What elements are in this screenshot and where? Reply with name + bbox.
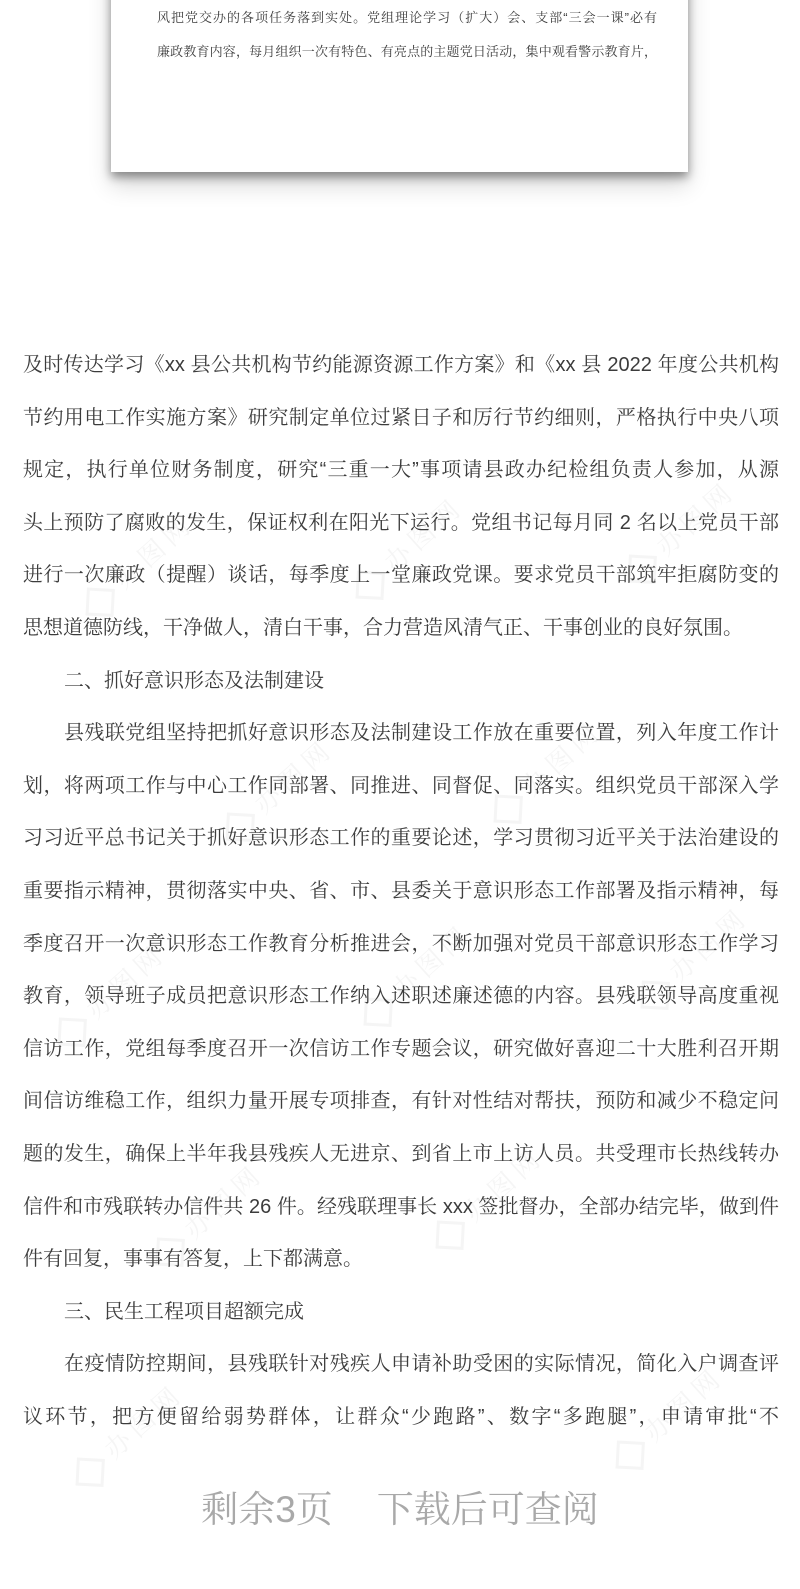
doc-line: 及时传达学习《xx 县公共机构节约能源资源工作方案》和《xx 县 2022 年度… — [23, 339, 779, 392]
previous-page-text: 风把党交办的各项任务落到实处。党组理论学习（扩大）会、支部“三会一课”必有 廉政… — [157, 1, 657, 69]
doc-line: 题的发生，确保上半年我县残疾人无进京、到省上市上访人员。共受理市长热线转办 — [23, 1128, 779, 1181]
download-teaser: 剩余3页 下载后可查阅 — [0, 1486, 800, 1534]
remaining-pages-label: 剩余3页 — [201, 1486, 333, 1534]
doc-line: 思想道德防线，干净做人，清白干事，合力营造风清气正、干事创业的良好氛围。 — [23, 602, 779, 655]
section-heading: 三、民生工程项目超额完成 — [23, 1286, 779, 1339]
doc-line: 信件和市残联转办信件共 26 件。经残联理事长 xxx 签批督办，全部办结完毕，… — [23, 1181, 779, 1234]
doc-line: 重要指示精神，贯彻落实中央、省、市、县委关于意识形态工作部署及指示精神，每 — [23, 865, 779, 918]
document-preview-page: { "card": { "lines": [ "风把党交办的各项任务落到实处。党… — [0, 0, 800, 1589]
previous-page-preview-card: 风把党交办的各项任务落到实处。党组理论学习（扩大）会、支部“三会一课”必有 廉政… — [111, 0, 688, 172]
doc-line: 头上预防了腐败的发生，保证权利在阳光下运行。党组书记每月同 2 名以上党员干部 — [23, 497, 779, 550]
doc-line: 节约用电工作实施方案》研究制定单位过紧日子和厉行节约细则，严格执行中央八项 — [23, 392, 779, 445]
doc-line: 风把党交办的各项任务落到实处。党组理论学习（扩大）会、支部“三会一课”必有 — [157, 1, 657, 35]
doc-line: 件有回复，事事有答复，上下都满意。 — [23, 1233, 779, 1286]
doc-line: 在疫情防控期间，县残联针对残疾人申请补助受困的实际情况，简化入户调查评 — [23, 1338, 779, 1391]
doc-line: 季度召开一次意识形态工作教育分析推进会，不断加强对党员干部意识形态工作学习 — [23, 918, 779, 971]
doc-line: 进行一次廉政（提醒）谈话，每季度上一堂廉政党课。要求党员干部筑牢拒腐防变的 — [23, 549, 779, 602]
doc-line: 廉政教育内容，每月组织一次有特色、有亮点的主题党日活动，集中观看警示教育片， — [157, 35, 657, 69]
document-body: 及时传达学习《xx 县公共机构节约能源资源工作方案》和《xx 县 2022 年度… — [23, 339, 779, 1443]
doc-line: 习习近平总书记关于抓好意识形态工作的重要论述，学习贯彻习近平关于法治建设的 — [23, 812, 779, 865]
doc-line: 议环节，把方便留给弱势群体，让群众“少跑路”、数字“多跑腿”，申请审批“不 — [23, 1391, 779, 1444]
doc-line: 信访工作，党组每季度召开一次信访工作专题会议，研究做好喜迎二十大胜利召开期 — [23, 1023, 779, 1076]
section-heading: 二、抓好意识形态及法制建设 — [23, 655, 779, 708]
doc-line: 划，将两项工作与中心工作同部署、同推进、同督促、同落实。组织党员干部深入学 — [23, 760, 779, 813]
doc-line: 间信访维稳工作，组织力量开展专项排查，有针对性结对帮扶，预防和减少不稳定问 — [23, 1075, 779, 1128]
doc-line: 教育，领导班子成员把意识形态工作纳入述职述廉述德的内容。县残联领导高度重视 — [23, 970, 779, 1023]
doc-line: 规定，执行单位财务制度，研究“三重一大”事项请县政办纪检组负责人参加，从源 — [23, 444, 779, 497]
doc-line: 县残联党组坚持把抓好意识形态及法制建设工作放在重要位置，列入年度工作计 — [23, 707, 779, 760]
download-hint-label: 下载后可查阅 — [377, 1486, 599, 1534]
